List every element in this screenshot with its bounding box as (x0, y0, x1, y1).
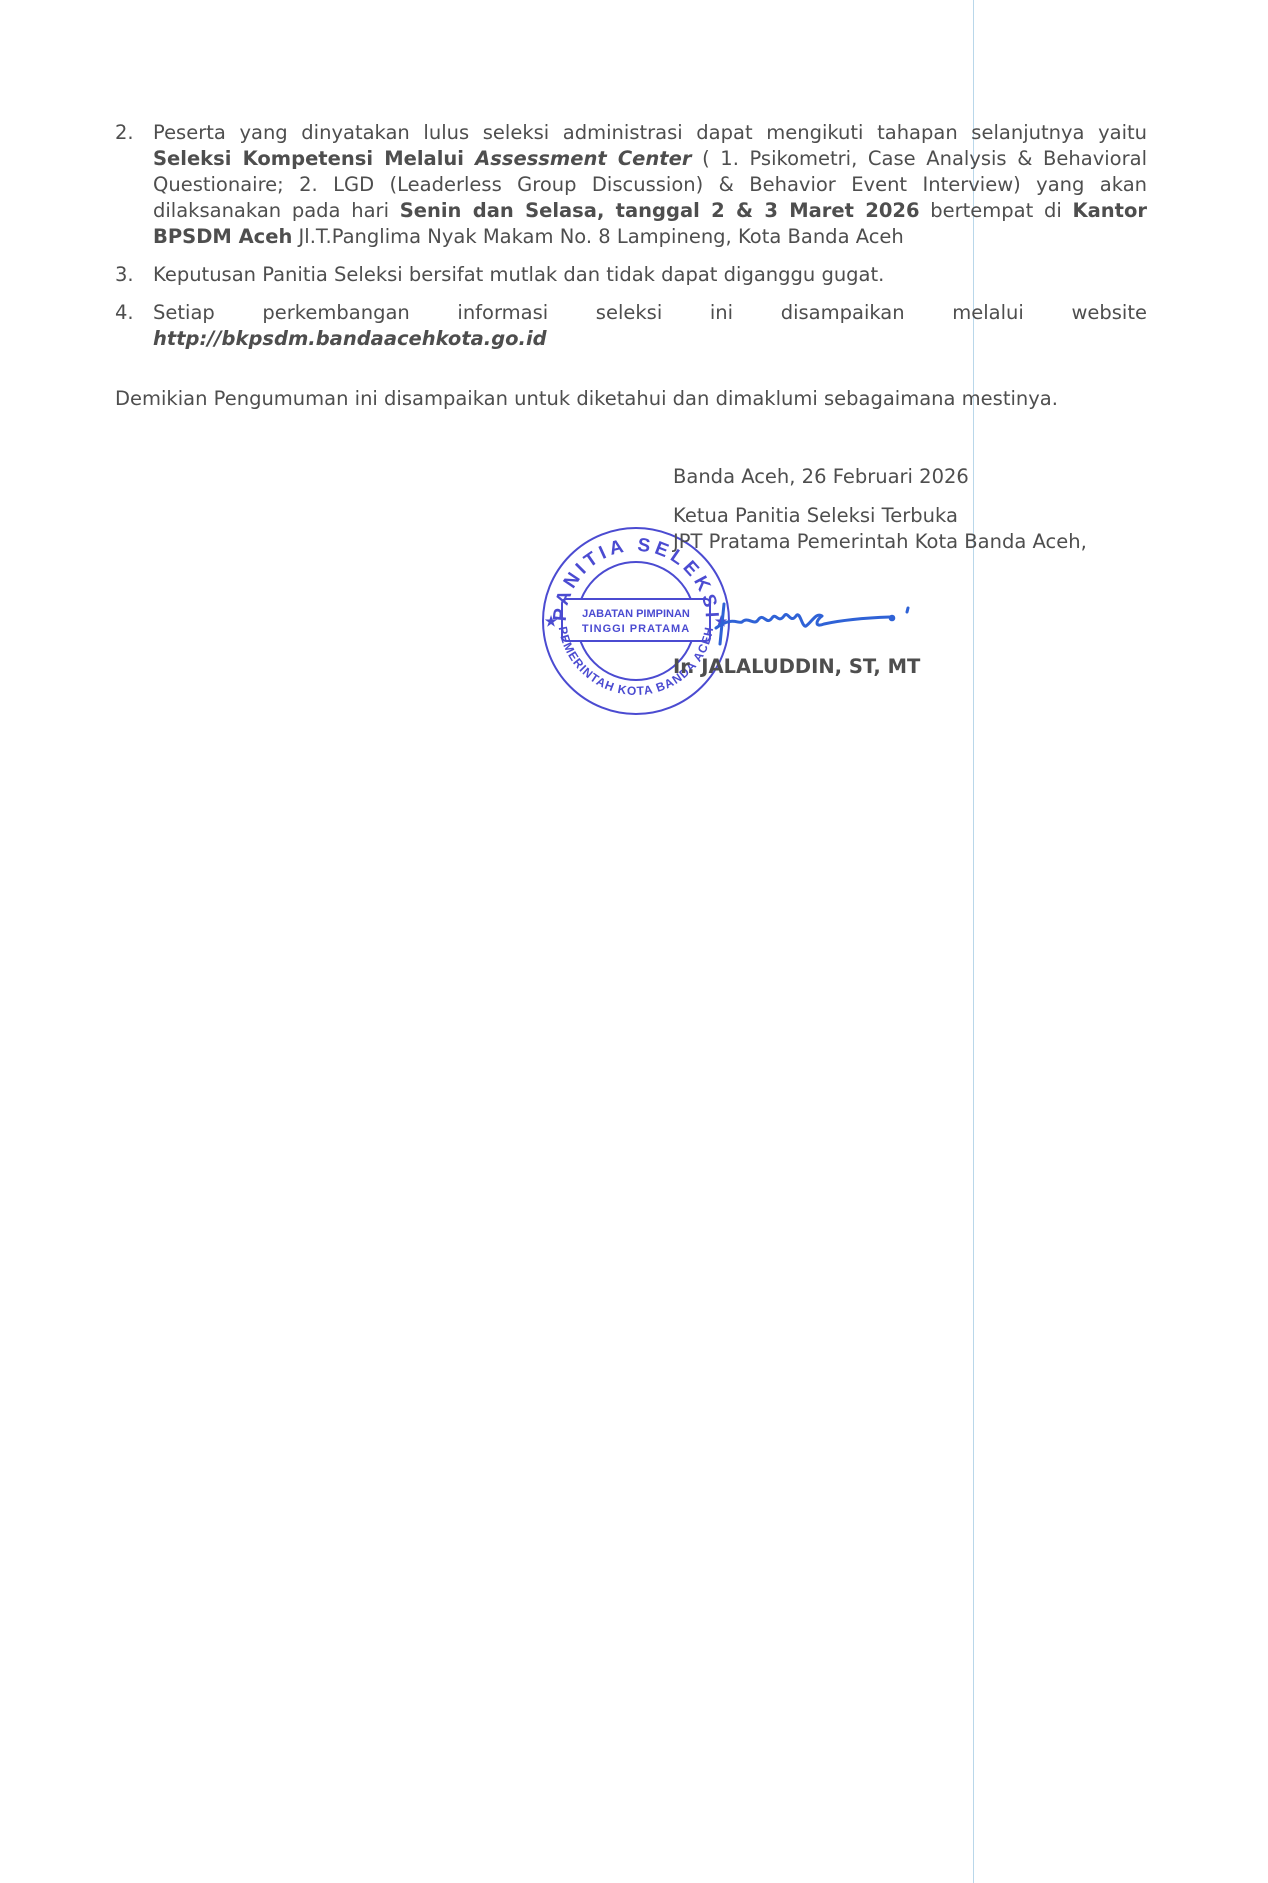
list-item-3: 3. Keputusan Panitia Seleksi bersifat mu… (115, 262, 1147, 288)
list-item-4: 4. Setiap perkembangan informasi seleksi… (115, 300, 1147, 352)
svg-text:★: ★ (545, 613, 558, 629)
signatory-title-line1: Ketua Panitia Seleksi Terbuka (673, 503, 1087, 529)
signatory-name: Ir. JALALUDDIN, ST, MT (673, 654, 920, 680)
item-number: 2. (115, 120, 134, 146)
item-text: Peserta yang dinyatakan lulus seleksi ad… (153, 121, 1147, 248)
svg-text:TINGGI PRATAMA: TINGGI PRATAMA (582, 623, 690, 635)
list-item-2: 2. Peserta yang dinyatakan lulus seleksi… (115, 120, 1147, 250)
signatory-title-line2: JPT Pratama Pemerintah Kota Banda Aceh, (673, 529, 1087, 555)
place-date: Banda Aceh, 26 Februari 2026 (673, 464, 1087, 490)
closing-paragraph: Demikian Pengumuman ini disampaikan untu… (115, 386, 1058, 412)
handwritten-signature-icon (712, 598, 922, 648)
item-number: 3. (115, 262, 134, 288)
svg-text:JABATAN PIMPINAN: JABATAN PIMPINAN (582, 608, 690, 620)
item-number: 4. (115, 300, 134, 326)
item-text: Setiap perkembangan informasi seleksi in… (153, 301, 1147, 350)
signature-block: Banda Aceh, 26 Februari 2026 Ketua Panit… (673, 464, 1087, 555)
item-text: Keputusan Panitia Seleksi bersifat mutla… (153, 263, 884, 286)
announcement-list: 2. Peserta yang dinyatakan lulus seleksi… (115, 120, 1147, 352)
website-link[interactable]: http://bkpsdm.bandaacehkota.go.id (153, 327, 547, 350)
